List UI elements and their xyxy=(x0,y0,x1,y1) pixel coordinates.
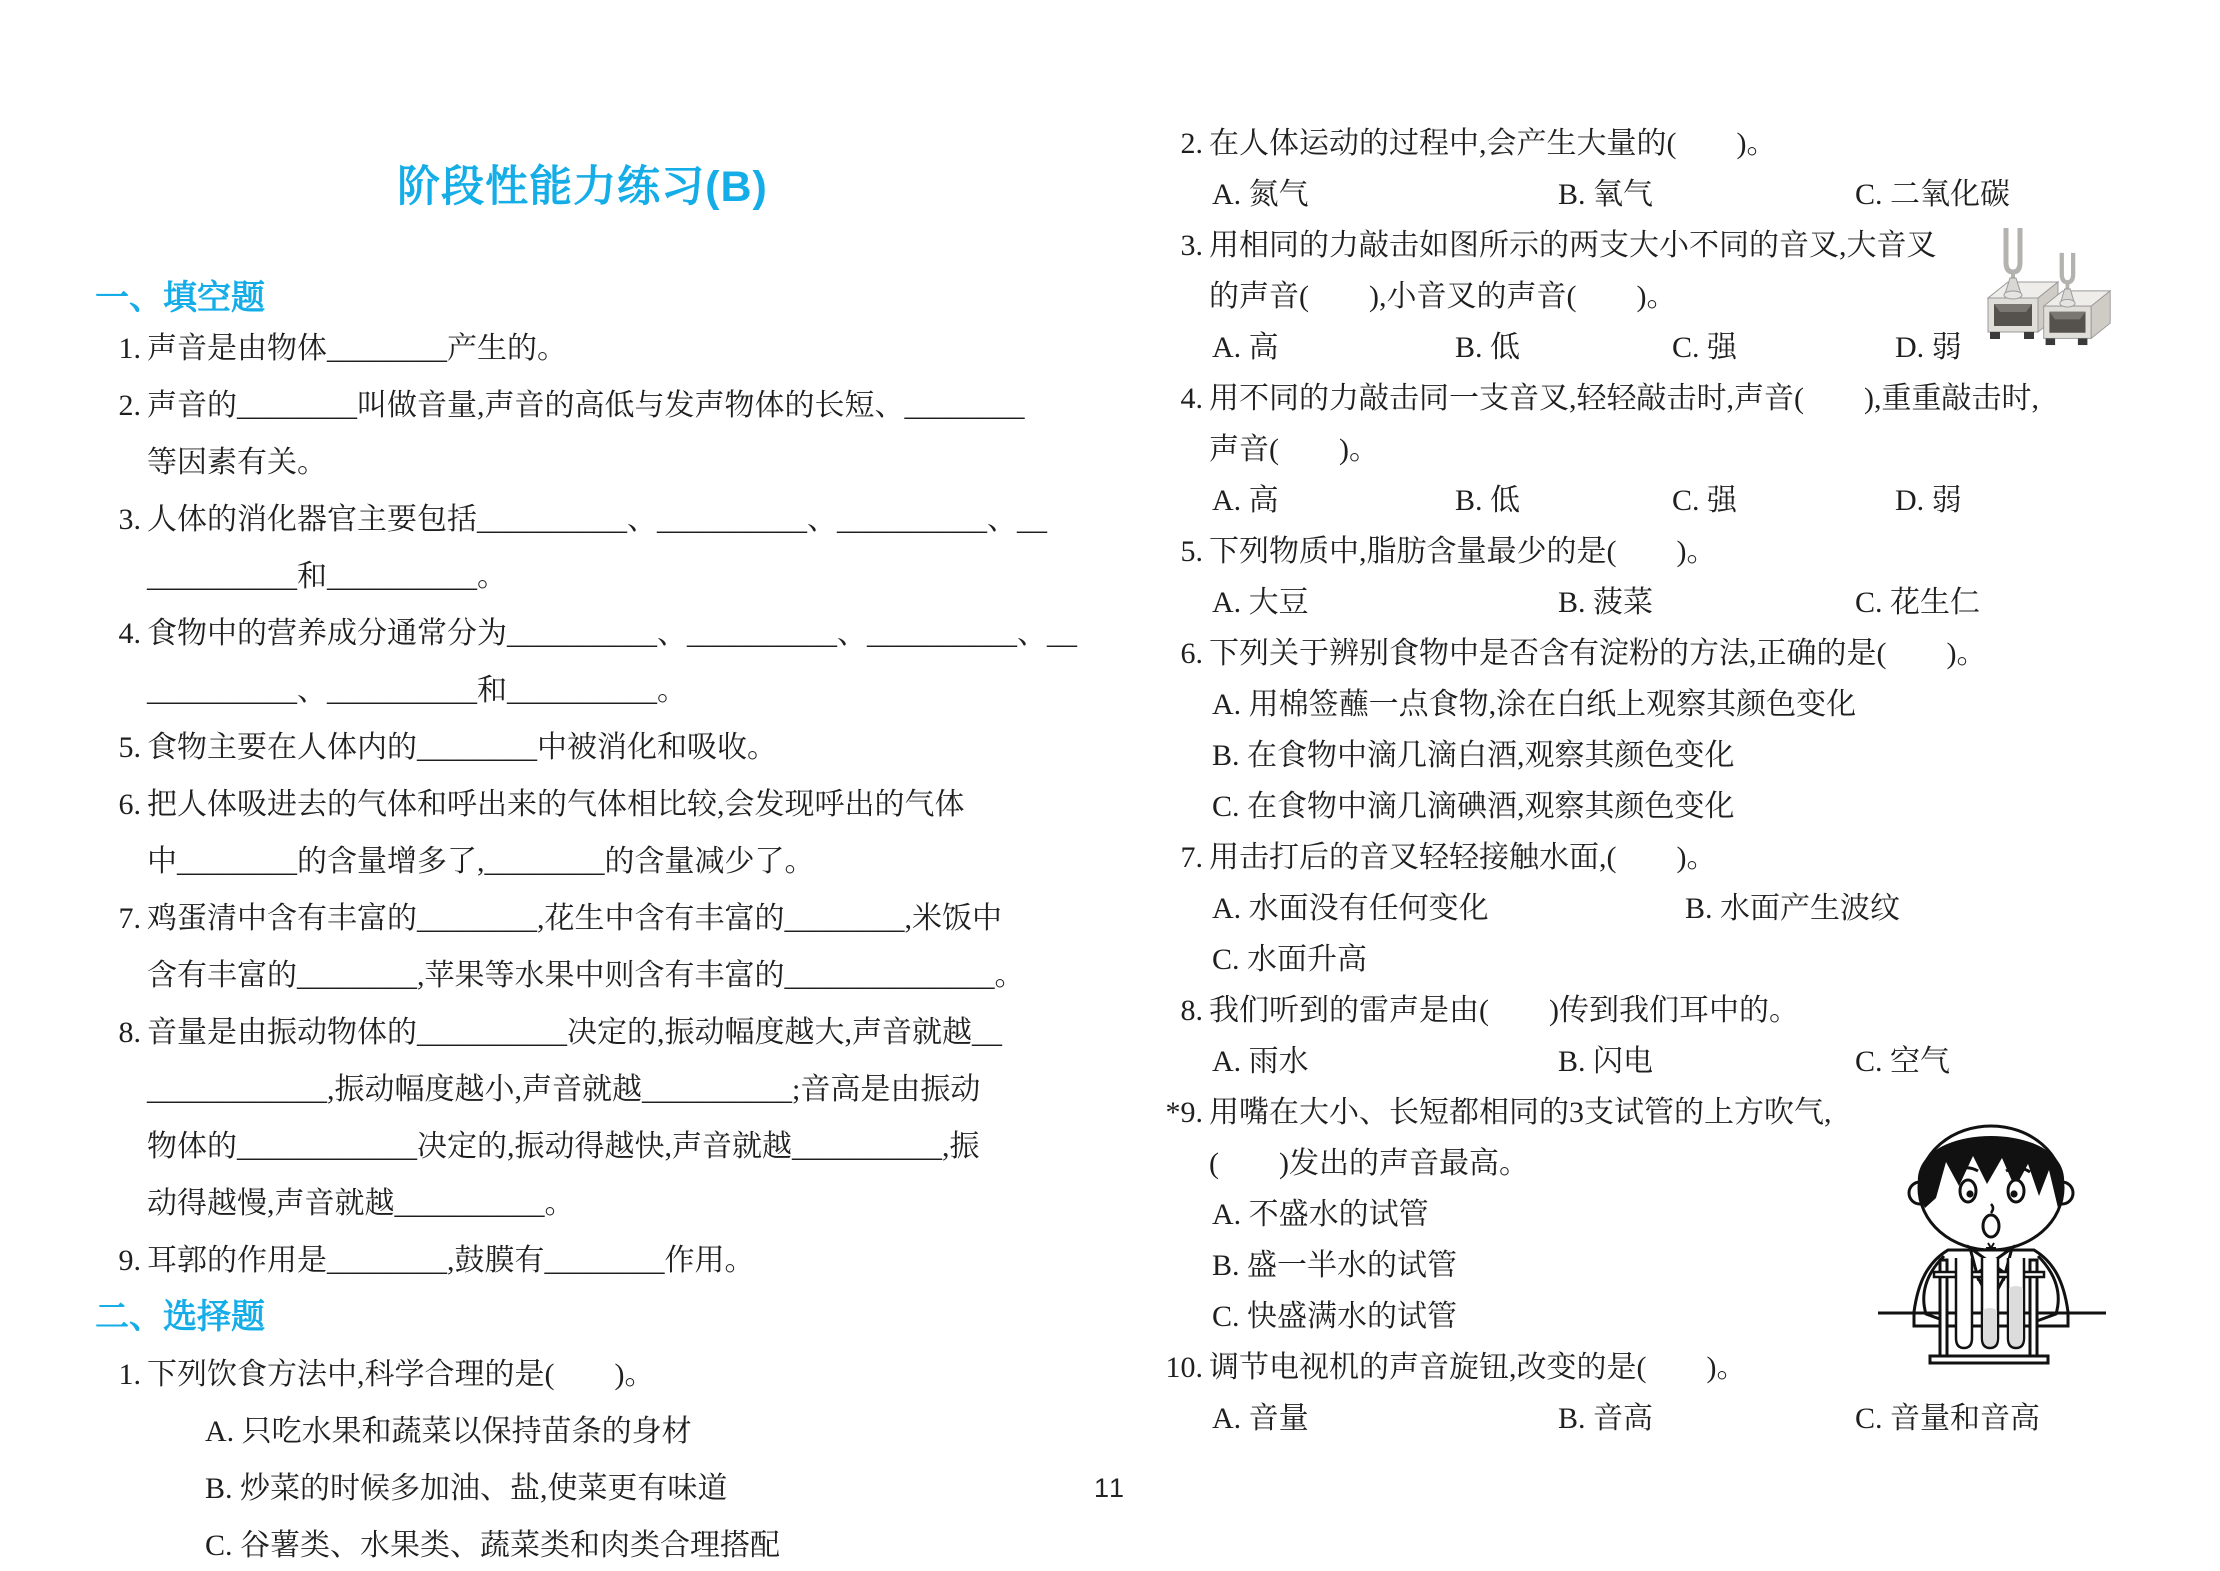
question-number: 7. xyxy=(81,890,141,947)
question-number: *9. xyxy=(1143,1087,1203,1138)
left-column: 阶段性能力练习(B) 一、填空题 1.声音是由物体________产生的。 2.… xyxy=(95,0,1070,1571)
option-d: D. 弱 xyxy=(1895,475,1962,526)
option-d: D. 弱 xyxy=(1895,322,1962,373)
question-number: 2. xyxy=(81,377,141,434)
tuning-forks-image xyxy=(1982,220,2116,360)
question-text: 中________的含量增多了,________的含量减少了。 xyxy=(95,833,1070,890)
question-number: 8. xyxy=(1143,985,1203,1036)
question: 7.鸡蛋清中含有丰富的________,花生中含有丰富的________,米饭中… xyxy=(95,890,1070,1004)
question: 9.耳郭的作用是________,鼓膜有________作用。 xyxy=(95,1232,1070,1289)
question: 1.声音是由物体________产生的。 xyxy=(95,320,1070,377)
question-text: 用不同的力敲击同一支音叉,轻轻敲击时,声音( ),重重敲击时, xyxy=(1209,382,2039,415)
question-number: 3. xyxy=(81,491,141,548)
option-c: C. 水面升高 xyxy=(1212,934,1367,985)
question-number: 4. xyxy=(1143,373,1203,424)
question-number: 1. xyxy=(81,320,141,377)
question-text: ____________,振动幅度越小,声音就越__________;音高是由振… xyxy=(95,1061,1070,1118)
question-text: 声音( )。 xyxy=(1178,424,2173,475)
question-text: __________、__________和__________。 xyxy=(95,662,1070,719)
option-a: A. 高 xyxy=(1212,475,1455,526)
option-b: B. 水面产生波纹 xyxy=(1685,883,1900,934)
question-text: 声音是由物体________产生的。 xyxy=(147,332,567,365)
question: 5.食物主要在人体内的________中被消化和吸收。 xyxy=(95,719,1070,776)
question-text: 下列饮食方法中,科学合理的是( )。 xyxy=(147,1358,654,1391)
option-b: B. 闪电 xyxy=(1558,1036,1855,1087)
option-c: C. 在食物中滴几滴碘酒,观察其颜色变化 xyxy=(1212,781,1735,832)
question-number: 5. xyxy=(81,719,141,776)
question: 1.下列饮食方法中,科学合理的是( )。 A. 只吃水果和蔬菜以保持苗条的身材 … xyxy=(95,1346,1070,1571)
question-text: 鸡蛋清中含有丰富的________,花生中含有丰富的________,米饭中 xyxy=(147,902,1002,935)
question: 4.用不同的力敲击同一支音叉,轻轻敲击时,声音( ),重重敲击时, 声音( )。… xyxy=(1178,373,2173,526)
question-text: 食物中的营养成分通常分为__________、__________、______… xyxy=(147,617,1077,650)
option-a: A. 只吃水果和蔬菜以保持苗条的身材 xyxy=(205,1403,692,1460)
question-number: 8. xyxy=(81,1004,141,1061)
question-number: 5. xyxy=(1143,526,1203,577)
question-text: 调节电视机的声音旋钮,改变的是( )。 xyxy=(1209,1351,1746,1384)
question-number: 1. xyxy=(81,1346,141,1403)
question-text: 把人体吸进去的气体和呼出来的气体相比较,会发现呼出的气体 xyxy=(147,788,965,821)
question-text: 下列物质中,脂肪含量最少的是( )。 xyxy=(1209,535,1716,568)
option-b: B. 低 xyxy=(1455,322,1672,373)
option-c: C. 强 xyxy=(1672,475,1895,526)
question: 3.人体的消化器官主要包括__________、__________、_____… xyxy=(95,491,1070,605)
option-b: B. 氧气 xyxy=(1558,169,1855,220)
option-c: C. 二氧化碳 xyxy=(1855,169,2010,220)
question-text: 用嘴在大小、长短都相同的3支试管的上方吹气, xyxy=(1209,1096,1832,1129)
section2-heading: 二、选择题 xyxy=(95,1289,1070,1346)
option-b: B. 低 xyxy=(1455,475,1672,526)
option-c: C. 强 xyxy=(1672,322,1895,373)
option-b: B. 盛一半水的试管 xyxy=(1212,1240,1457,1291)
question-number: 6. xyxy=(1143,628,1203,679)
option-a: A. 雨水 xyxy=(1212,1036,1558,1087)
question-text: 食物主要在人体内的________中被消化和吸收。 xyxy=(147,731,777,764)
option-c: C. 花生仁 xyxy=(1855,577,1980,628)
question-number: 9. xyxy=(81,1232,141,1289)
option-a: A. 氮气 xyxy=(1212,169,1558,220)
option-c: C. 空气 xyxy=(1855,1036,1950,1087)
question-text: 声音的________叫做音量,声音的高低与发声物体的长短、________ xyxy=(147,389,1025,422)
option-a: A. 水面没有任何变化 xyxy=(1212,883,1685,934)
question: 6.下列关于辨别食物中是否含有淀粉的方法,正确的是( )。 A. 用棉签蘸一点食… xyxy=(1178,628,2173,832)
question-text: 音量是由振动物体的__________决定的,振动幅度越大,声音就越__ xyxy=(147,1016,1002,1049)
question-number: 2. xyxy=(1143,118,1203,169)
question: 2.在人体运动的过程中,会产生大量的( )。 A. 氮气 B. 氧气 C. 二氧… xyxy=(1178,118,2173,220)
option-a: A. 用棉签蘸一点食物,涂在白纸上观察其颜色变化 xyxy=(1212,679,1856,730)
option-a: A. 音量 xyxy=(1212,1393,1558,1444)
question-text: 我们听到的雷声是由( )传到我们耳中的。 xyxy=(1209,994,1799,1027)
question: 4.食物中的营养成分通常分为__________、__________、____… xyxy=(95,605,1070,719)
option-a: A. 大豆 xyxy=(1212,577,1558,628)
question-text: 物体的____________决定的,振动得越快,声音就越__________,… xyxy=(95,1118,1070,1175)
question-text: 用相同的力敲击如图所示的两支大小不同的音叉,大音叉 xyxy=(1209,229,1937,262)
option-a: A. 不盛水的试管 xyxy=(1212,1189,1429,1240)
option-c: C. 快盛满水的试管 xyxy=(1212,1291,1457,1342)
option-b: B. 菠菜 xyxy=(1558,577,1855,628)
option-b: B. 在食物中滴几滴白酒,观察其颜色变化 xyxy=(1212,730,1735,781)
question-number: 7. xyxy=(1143,832,1203,883)
option-b: B. 音高 xyxy=(1558,1393,1855,1444)
option-a: A. 高 xyxy=(1212,322,1455,373)
question: 2.声音的________叫做音量,声音的高低与发声物体的长短、________… xyxy=(95,377,1070,491)
question-number: 6. xyxy=(81,776,141,833)
question-text: __________和__________。 xyxy=(95,548,1070,605)
section1-heading: 一、填空题 xyxy=(95,276,1070,320)
question-text: 在人体运动的过程中,会产生大量的( )。 xyxy=(1209,127,1776,160)
question-number: 10. xyxy=(1143,1342,1203,1393)
question: 5.下列物质中,脂肪含量最少的是( )。 A. 大豆 B. 菠菜 C. 花生仁 xyxy=(1178,526,2173,628)
question: 8.我们听到的雷声是由( )传到我们耳中的。 A. 雨水 B. 闪电 C. 空气 xyxy=(1178,985,2173,1087)
boy-blowing-test-tubes-illustration xyxy=(1878,1098,2106,1408)
question: 7.用击打后的音叉轻轻接触水面,( )。 A. 水面没有任何变化 B. 水面产生… xyxy=(1178,832,2173,985)
question-text: 下列关于辨别食物中是否含有淀粉的方法,正确的是( )。 xyxy=(1209,637,1986,670)
question-number: 3. xyxy=(1143,220,1203,271)
question: 6.把人体吸进去的气体和呼出来的气体相比较,会发现呼出的气体 中________… xyxy=(95,776,1070,890)
question-text: 含有丰富的________,苹果等水果中则含有丰富的______________… xyxy=(95,947,1070,1004)
question-number: 4. xyxy=(81,605,141,662)
page-title: 阶段性能力练习(B) xyxy=(95,160,1070,214)
question-text: 人体的消化器官主要包括__________、__________、_______… xyxy=(147,503,1047,536)
worksheet-page: 阶段性能力练习(B) 一、填空题 1.声音是由物体________产生的。 2.… xyxy=(0,0,2220,1571)
question-text: 动得越慢,声音就越__________。 xyxy=(95,1175,1070,1232)
option-c: C. 谷薯类、水果类、蔬菜类和肉类合理搭配 xyxy=(205,1517,780,1571)
question-text: 等因素有关。 xyxy=(95,434,1070,491)
question: 8.音量是由振动物体的__________决定的,振动幅度越大,声音就越__ _… xyxy=(95,1004,1070,1232)
question-text: 用击打后的音叉轻轻接触水面,( )。 xyxy=(1209,841,1716,874)
page-number: 11 xyxy=(0,1473,2220,1504)
question-text: 耳郭的作用是________,鼓膜有________作用。 xyxy=(147,1244,755,1277)
